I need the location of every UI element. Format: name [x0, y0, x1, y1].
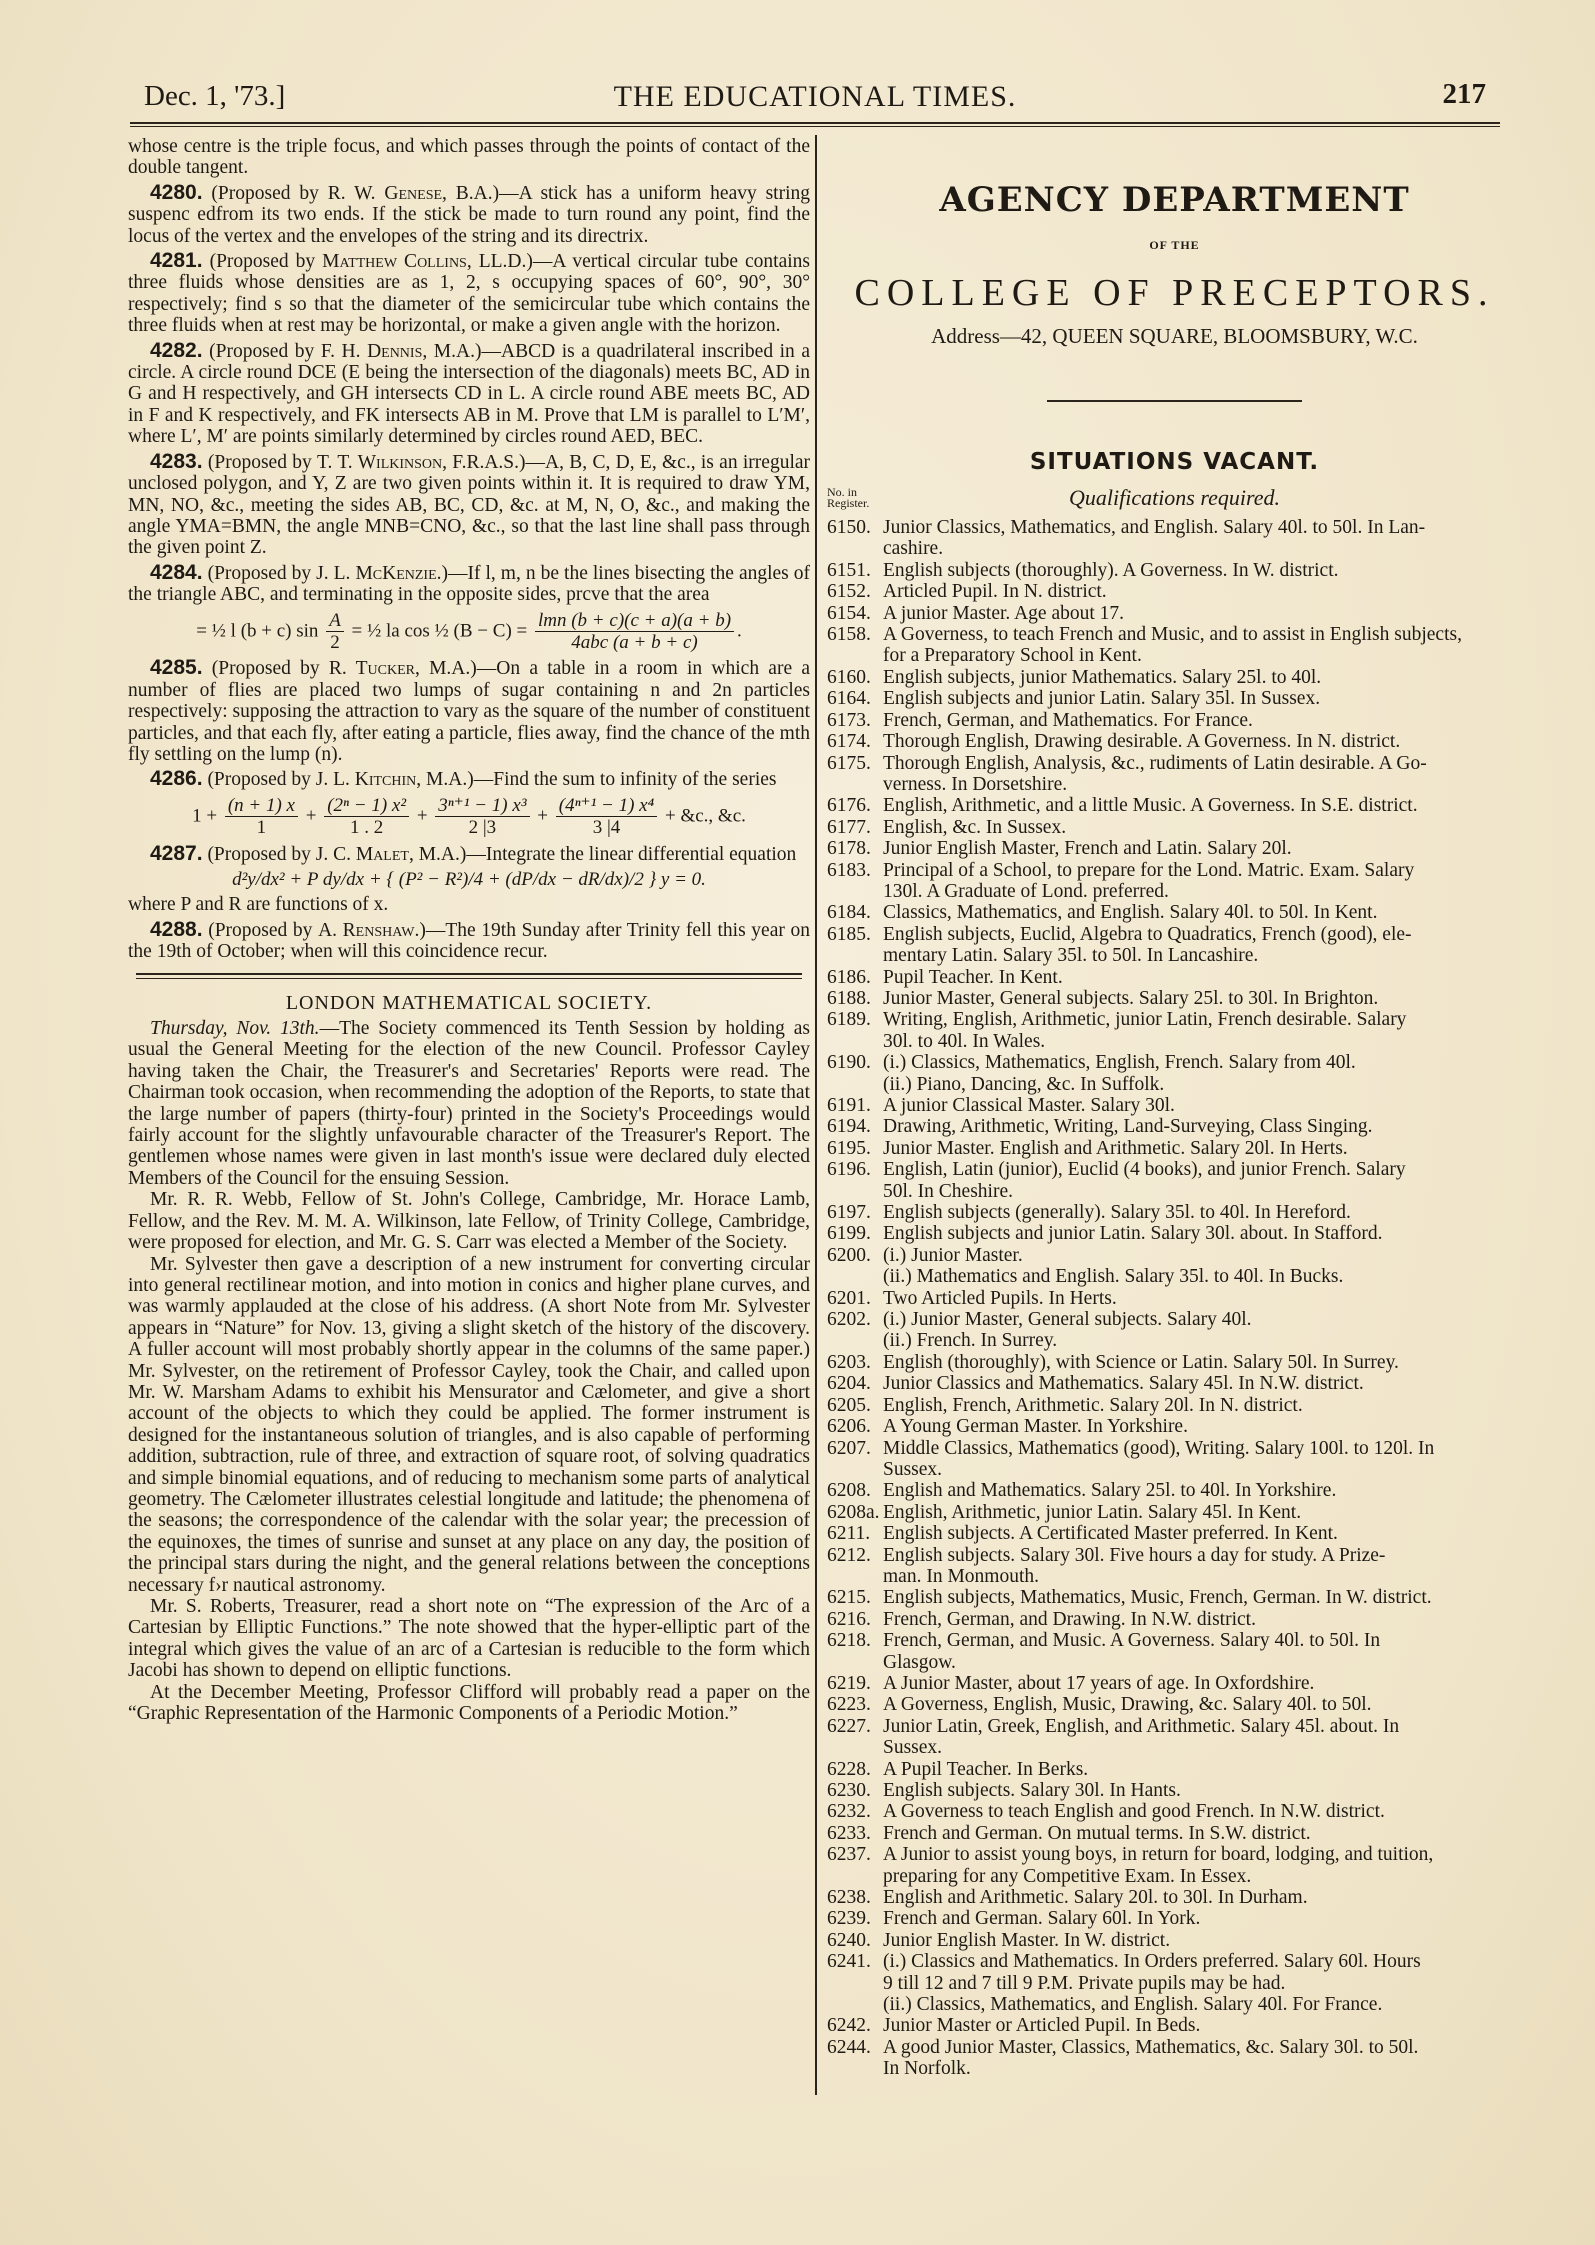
continuation-text: whose centre is the triple focus, and wh… [128, 136, 810, 179]
qualifications: English, Latin (junior), Euclid (4 books… [883, 1159, 1522, 1202]
register-number: 6175. [827, 753, 883, 796]
situation-row: 6227.Junior Latin, Greek, English, and A… [827, 1716, 1522, 1759]
register-number: 6150. [827, 517, 883, 560]
page-number: 217 [1443, 78, 1487, 111]
qualifications: English subjects. Salary 30l. Five hours… [883, 1545, 1522, 1588]
situation-row: 6194.Drawing, Arithmetic, Writing, Land-… [827, 1116, 1522, 1137]
register-number: 6223. [827, 1694, 883, 1715]
situation-row: 6190.(i.) Classics, Mathematics, English… [827, 1052, 1522, 1095]
qualifications: A Governess to teach English and good Fr… [883, 1801, 1522, 1822]
register-number: 6174. [827, 731, 883, 752]
situation-row: 6203.English (thoroughly), with Science … [827, 1352, 1522, 1373]
society-paragraph: Mr. R. R. Webb, Fellow of St. John's Col… [128, 1189, 810, 1253]
situation-row: 6207.Middle Classics, Mathematics (good)… [827, 1438, 1522, 1481]
situation-row: 6188.Junior Master, General subjects. Sa… [827, 988, 1522, 1009]
situation-row: 6232.A Governess to teach English and go… [827, 1801, 1522, 1822]
qualifications: Pupil Teacher. In Kent. [883, 967, 1522, 988]
left-column: whose centre is the triple focus, and wh… [128, 136, 810, 1724]
qualifications: English subjects. Salary 30l. In Hants. [883, 1780, 1522, 1801]
situation-row: 6164.English subjects and junior Latin. … [827, 688, 1522, 709]
register-number: 6194. [827, 1116, 883, 1137]
situation-row: 6197.English subjects (generally). Salar… [827, 1202, 1522, 1223]
qualifications: A Junior to assist young boys, in return… [883, 1844, 1522, 1887]
situation-row: 6242.Junior Master or Articled Pupil. In… [827, 2015, 1522, 2036]
problem-note: where P and R are functions of x. [128, 894, 810, 915]
society-title: LONDON MATHEMATICAL SOCIETY. [128, 993, 810, 1014]
situation-row: 6150.Junior Classics, Mathematics, and E… [827, 517, 1522, 560]
qualifications: (i.) Junior Master.(ii.) Mathematics and… [883, 1245, 1522, 1288]
column-divider [815, 135, 817, 2095]
math-formula: = ½ l (b + c) sin A2 = ½ la cos ½ (B − C… [128, 610, 810, 654]
qualifications: English subjects and junior Latin. Salar… [883, 1223, 1522, 1244]
problem-item: 4284. (Proposed by J. L. McKenzie.)—If l… [128, 562, 810, 606]
situation-row: 6219.A Junior Master, about 17 years of … [827, 1673, 1522, 1694]
qualifications: A Governess, English, Music, Drawing, &c… [883, 1694, 1522, 1715]
qualifications: Junior English Master. In W. district. [883, 1930, 1522, 1951]
register-number: 6191. [827, 1095, 883, 1116]
problem-item: 4282. (Proposed by F. H. Dennis, M.A.)—A… [128, 340, 810, 448]
situation-row: 6154.A junior Master. Age about 17. [827, 603, 1522, 624]
math-formula: d²y/dx² + P dy/dx + { (P² − R²)/4 + (dP/… [128, 869, 810, 890]
problem-text: If l, m, n be the lines bisecting the an… [128, 563, 810, 605]
situation-row: 6184.Classics, Mathematics, and English.… [827, 902, 1522, 923]
qualifications: Junior English Master, French and Latin.… [883, 838, 1522, 859]
register-number: 6197. [827, 1202, 883, 1223]
problem-number: 4281. [150, 249, 203, 272]
situation-row: 6173.French, German, and Mathematics. Fo… [827, 710, 1522, 731]
qualifications: A Junior Master, about 17 years of age. … [883, 1673, 1522, 1694]
qualifications: English and Arithmetic. Salary 20l. to 3… [883, 1887, 1522, 1908]
qualifications: English subjects, junior Mathematics. Sa… [883, 667, 1522, 688]
qualifications: Two Articled Pupils. In Herts. [883, 1288, 1522, 1309]
proposer: T. T. Wilkinson, F.R.A.S. [317, 452, 519, 473]
problem-item: 4287. (Proposed by J. C. Malet, M.A.)—In… [128, 843, 810, 865]
problem-item: 4281. (Proposed by Matthew Collins, LL.D… [128, 250, 810, 337]
qualifications: Thorough English, Analysis, &c., rudimen… [883, 753, 1522, 796]
register-number: 6201. [827, 1288, 883, 1309]
situation-row: 6230.English subjects. Salary 30l. In Ha… [827, 1780, 1522, 1801]
register-number: 6227. [827, 1716, 883, 1759]
problem-item: 4285. (Proposed by R. Tucker, M.A.)—On a… [128, 657, 810, 765]
register-number: 6188. [827, 988, 883, 1009]
register-number: 6204. [827, 1373, 883, 1394]
qualifications: Middle Classics, Mathematics (good), Wri… [883, 1438, 1522, 1481]
qualifications: English subjects (thoroughly). A Governe… [883, 560, 1522, 581]
register-number: 6185. [827, 924, 883, 967]
register-number: 6208a. [827, 1502, 883, 1523]
register-number: 6178. [827, 838, 883, 859]
qualifications: Junior Master. English and Arithmetic. S… [883, 1138, 1522, 1159]
proposer: J. C. Malet, M.A. [316, 844, 460, 865]
situation-row: 6178.Junior English Master, French and L… [827, 838, 1522, 859]
problem-text: The 19th Sunday after Trinity fell this … [128, 920, 810, 962]
register-number: 6219. [827, 1673, 883, 1694]
problem-number: 4283. [150, 450, 203, 473]
qualifications: English subjects and junior Latin. Salar… [883, 688, 1522, 709]
register-number: 6186. [827, 967, 883, 988]
register-number: 6207. [827, 1438, 883, 1481]
situation-row: 6216.French, German, and Drawing. In N.W… [827, 1609, 1522, 1630]
situation-row: 6223.A Governess, English, Music, Drawin… [827, 1694, 1522, 1715]
col-header-qualifications: Qualifications required. [827, 487, 1522, 508]
register-number: 6200. [827, 1245, 883, 1288]
situation-row: 6191.A junior Classical Master. Salary 3… [827, 1095, 1522, 1116]
short-rule [1047, 400, 1302, 402]
proposer: R. Tucker, M.A. [329, 658, 470, 679]
qualifications: English subjects, Mathematics, Music, Fr… [883, 1587, 1522, 1608]
qualifications: Writing, English, Arithmetic, junior Lat… [883, 1009, 1522, 1052]
qualifications: Junior Master or Articled Pupil. In Beds… [883, 2015, 1522, 2036]
problem-number: 4282. [150, 339, 203, 362]
qualifications: French and German. Salary 60l. In York. [883, 1908, 1522, 1929]
math-formula: 1 + (n + 1) x1 + (2ⁿ − 1) x²1 . 2 + 3ⁿ⁺¹… [128, 795, 810, 839]
qualifications: Junior Latin, Greek, English, and Arithm… [883, 1716, 1522, 1759]
proposer: Matthew Collins, LL.D. [322, 251, 526, 272]
situation-row: 6238.English and Arithmetic. Salary 20l.… [827, 1887, 1522, 1908]
problem-number: 4288. [150, 918, 203, 941]
society-paragraph: At the December Meeting, Professor Cliff… [128, 1682, 810, 1725]
qualifications: English subjects. A Certificated Master … [883, 1523, 1522, 1544]
publication-title: THE EDUCATIONAL TIMES. [130, 80, 1500, 114]
register-number: 6202. [827, 1309, 883, 1352]
problem-number: 4286. [150, 767, 203, 790]
register-number: 6232. [827, 1801, 883, 1822]
situation-row: 6202.(i.) Junior Master, General subject… [827, 1309, 1522, 1352]
register-number: 6196. [827, 1159, 883, 1202]
problem-text: Integrate the linear differential equati… [486, 844, 796, 865]
problem-number: 4287. [150, 842, 203, 865]
register-number: 6240. [827, 1930, 883, 1951]
situation-row: 6196.English, Latin (junior), Euclid (4 … [827, 1159, 1522, 1202]
register-number: 6151. [827, 560, 883, 581]
register-number: 6183. [827, 860, 883, 903]
situation-row: 6205.English, French, Arithmetic. Salary… [827, 1395, 1522, 1416]
situation-row: 6176.English, Arithmetic, and a little M… [827, 795, 1522, 816]
situation-row: 6199.English subjects and junior Latin. … [827, 1223, 1522, 1244]
register-number: 6218. [827, 1630, 883, 1673]
proposer: F. H. Dennis, M.A. [321, 341, 475, 362]
register-number: 6238. [827, 1887, 883, 1908]
table-header: No. inRegister. Qualifications required. [827, 487, 1522, 517]
register-number: 6242. [827, 2015, 883, 2036]
register-number: 6230. [827, 1780, 883, 1801]
qualifications: English, Arithmetic, and a little Music.… [883, 795, 1522, 816]
register-number: 6208. [827, 1480, 883, 1501]
register-number: 6244. [827, 2037, 883, 2080]
proposer: J. L. Kitchin, M.A. [316, 769, 467, 790]
situations-vacant-title: SITUATIONS VACANT. [827, 452, 1522, 473]
problems-list: 4280. (Proposed by R. W. Genese, B.A.)—A… [128, 182, 810, 963]
register-number: 6216. [827, 1609, 883, 1630]
newspaper-page: Dec. 1, '73.] THE EDUCATIONAL TIMES. 217… [0, 0, 1595, 2245]
qualifications: Junior Master, General subjects. Salary … [883, 988, 1522, 1009]
situation-row: 6204.Junior Classics and Mathematics. Sa… [827, 1373, 1522, 1394]
meeting-date: Thursday, Nov. 13th. [150, 1018, 320, 1039]
problem-text: Find the sum to infinity of the series [493, 769, 776, 790]
qualifications: A Pupil Teacher. In Berks. [883, 1759, 1522, 1780]
situation-row: 6206.A Young German Master. In Yorkshire… [827, 1416, 1522, 1437]
situation-row: 6215.English subjects, Mathematics, Musi… [827, 1587, 1522, 1608]
qualifications: Articled Pupil. In N. district. [883, 581, 1522, 602]
situation-row: 6208.English and Mathematics. Salary 25l… [827, 1480, 1522, 1501]
register-number: 6160. [827, 667, 883, 688]
proposer: R. W. Genese, B.A. [328, 183, 493, 204]
situation-row: 6244.A good Junior Master, Classics, Mat… [827, 2037, 1522, 2080]
register-number: 6237. [827, 1844, 883, 1887]
qualifications: Junior Classics, Mathematics, and Englis… [883, 517, 1522, 560]
situation-row: 6239.French and German. Salary 60l. In Y… [827, 1908, 1522, 1929]
proposer: J. L. McKenzie. [316, 563, 441, 584]
register-number: 6189. [827, 1009, 883, 1052]
register-number: 6158. [827, 624, 883, 667]
register-number: 6195. [827, 1138, 883, 1159]
qualifications: Drawing, Arithmetic, Writing, Land-Surve… [883, 1116, 1522, 1137]
situation-row: 6183.Principal of a School, to prepare f… [827, 860, 1522, 903]
page-header: Dec. 1, '73.] THE EDUCATIONAL TIMES. 217 [130, 78, 1500, 122]
register-number: 6212. [827, 1545, 883, 1588]
problem-number: 4284. [150, 561, 203, 584]
society-paragraph: Mr. Sylvester then gave a description of… [128, 1254, 810, 1597]
situation-row: 6240.Junior English Master. In W. distri… [827, 1930, 1522, 1951]
problem-item: 4283. (Proposed by T. T. Wilkinson, F.R.… [128, 451, 810, 559]
qualifications: Principal of a School, to prepare for th… [883, 860, 1522, 903]
situation-row: 6175.Thorough English, Analysis, &c., ru… [827, 753, 1522, 796]
register-number: 6206. [827, 1416, 883, 1437]
register-number: 6154. [827, 603, 883, 624]
qualifications: English subjects (generally). Salary 35l… [883, 1202, 1522, 1223]
problem-number: 4280. [150, 181, 203, 204]
register-number: 6164. [827, 688, 883, 709]
qualifications: (i.) Junior Master, General subjects. Sa… [883, 1309, 1522, 1352]
register-number: 6199. [827, 1223, 883, 1244]
register-number: 6176. [827, 795, 883, 816]
qualifications: (i.) Classics and Mathematics. In Orders… [883, 1951, 1522, 2015]
qualifications: English, French, Arithmetic. Salary 20l.… [883, 1395, 1522, 1416]
register-number: 6215. [827, 1587, 883, 1608]
situation-row: 6152.Articled Pupil. In N. district. [827, 581, 1522, 602]
problem-item: 4286. (Proposed by J. L. Kitchin, M.A.)—… [128, 768, 810, 790]
situation-row: 6237.A Junior to assist young boys, in r… [827, 1844, 1522, 1887]
society-paragraph: Thursday, Nov. 13th.—The Society commenc… [128, 1018, 810, 1189]
situation-row: 6195.Junior Master. English and Arithmet… [827, 1138, 1522, 1159]
register-number: 6203. [827, 1352, 883, 1373]
qualifications: A Governess, to teach French and Music, … [883, 624, 1522, 667]
register-number: 6211. [827, 1523, 883, 1544]
situation-row: 6185.English subjects, Euclid, Algebra t… [827, 924, 1522, 967]
qualifications: English subjects, Euclid, Algebra to Qua… [883, 924, 1522, 967]
situation-row: 6241.(i.) Classics and Mathematics. In O… [827, 1951, 1522, 2015]
of-the-label: OF THE [827, 235, 1522, 256]
situation-row: 6218.French, German, and Music. A Govern… [827, 1630, 1522, 1673]
qualifications: French, German, and Mathematics. For Fra… [883, 710, 1522, 731]
register-number: 6228. [827, 1759, 883, 1780]
qualifications: A good Junior Master, Classics, Mathemat… [883, 2037, 1522, 2080]
register-number: 6233. [827, 1823, 883, 1844]
situation-row: 6189.Writing, English, Arithmetic, junio… [827, 1009, 1522, 1052]
situation-row: 6186.Pupil Teacher. In Kent. [827, 967, 1522, 988]
qualifications: (i.) Classics, Mathematics, English, Fre… [883, 1052, 1522, 1095]
qualifications: French and German. On mutual terms. In S… [883, 1823, 1522, 1844]
qualifications: English, Arithmetic, junior Latin. Salar… [883, 1502, 1522, 1523]
society-paragraph: Mr. S. Roberts, Treasurer, read a short … [128, 1596, 810, 1682]
college-title: COLLEGE OF PRECEPTORS. [827, 283, 1522, 304]
register-number: 6173. [827, 710, 883, 731]
situations-list: 6150.Junior Classics, Mathematics, and E… [827, 517, 1522, 2080]
qualifications: French, German, and Drawing. In N.W. dis… [883, 1609, 1522, 1630]
situation-row: 6228.A Pupil Teacher. In Berks. [827, 1759, 1522, 1780]
register-number: 6190. [827, 1052, 883, 1095]
qualifications: English, &c. In Sussex. [883, 817, 1522, 838]
qualifications: Junior Classics and Mathematics. Salary … [883, 1373, 1522, 1394]
register-number: 6241. [827, 1951, 883, 2015]
register-number: 6184. [827, 902, 883, 923]
qualifications: Thorough English, Drawing desirable. A G… [883, 731, 1522, 752]
situation-row: 6160.English subjects, junior Mathematic… [827, 667, 1522, 688]
qualifications: A Young German Master. In Yorkshire. [883, 1416, 1522, 1437]
register-number: 6177. [827, 817, 883, 838]
qualifications: A junior Classical Master. Salary 30l. [883, 1095, 1522, 1116]
qualifications: French, German, and Music. A Governess. … [883, 1630, 1522, 1673]
proposer: A. Renshaw. [318, 920, 419, 941]
situation-row: 6174.Thorough English, Drawing desirable… [827, 731, 1522, 752]
qualifications: Classics, Mathematics, and English. Sala… [883, 902, 1522, 923]
header-rule [130, 122, 1500, 127]
situation-row: 6200.(i.) Junior Master.(ii.) Mathematic… [827, 1245, 1522, 1288]
qualifications: English and Mathematics. Salary 25l. to … [883, 1480, 1522, 1501]
agency-heading: AGENCY DEPARTMENT [827, 190, 1522, 211]
situation-row: 6201.Two Articled Pupils. In Herts. [827, 1288, 1522, 1309]
register-number: 6205. [827, 1395, 883, 1416]
problem-item: 4280. (Proposed by R. W. Genese, B.A.)—A… [128, 182, 810, 247]
situation-row: 6233.French and German. On mutual terms.… [827, 1823, 1522, 1844]
situation-row: 6212.English subjects. Salary 30l. Five … [827, 1545, 1522, 1588]
qualifications: A junior Master. Age about 17. [883, 603, 1522, 624]
problem-number: 4285. [150, 656, 203, 679]
section-rule [136, 973, 802, 979]
address-line: Address—42, QUEEN SQUARE, BLOOMSBURY, W.… [827, 326, 1522, 347]
situation-row: 6151.English subjects (thoroughly). A Go… [827, 560, 1522, 581]
register-number: 6152. [827, 581, 883, 602]
situation-row: 6211.English subjects. A Certificated Ma… [827, 1523, 1522, 1544]
qualifications: English (thoroughly), with Science or La… [883, 1352, 1522, 1373]
problem-item: 4288. (Proposed by A. Renshaw.)—The 19th… [128, 919, 810, 963]
right-column: AGENCY DEPARTMENT OF THE COLLEGE OF PREC… [827, 190, 1522, 2080]
situation-row: 6177.English, &c. In Sussex. [827, 817, 1522, 838]
situation-row: 6208a.English, Arithmetic, junior Latin.… [827, 1502, 1522, 1523]
situation-row: 6158.A Governess, to teach French and Mu… [827, 624, 1522, 667]
register-number: 6239. [827, 1908, 883, 1929]
